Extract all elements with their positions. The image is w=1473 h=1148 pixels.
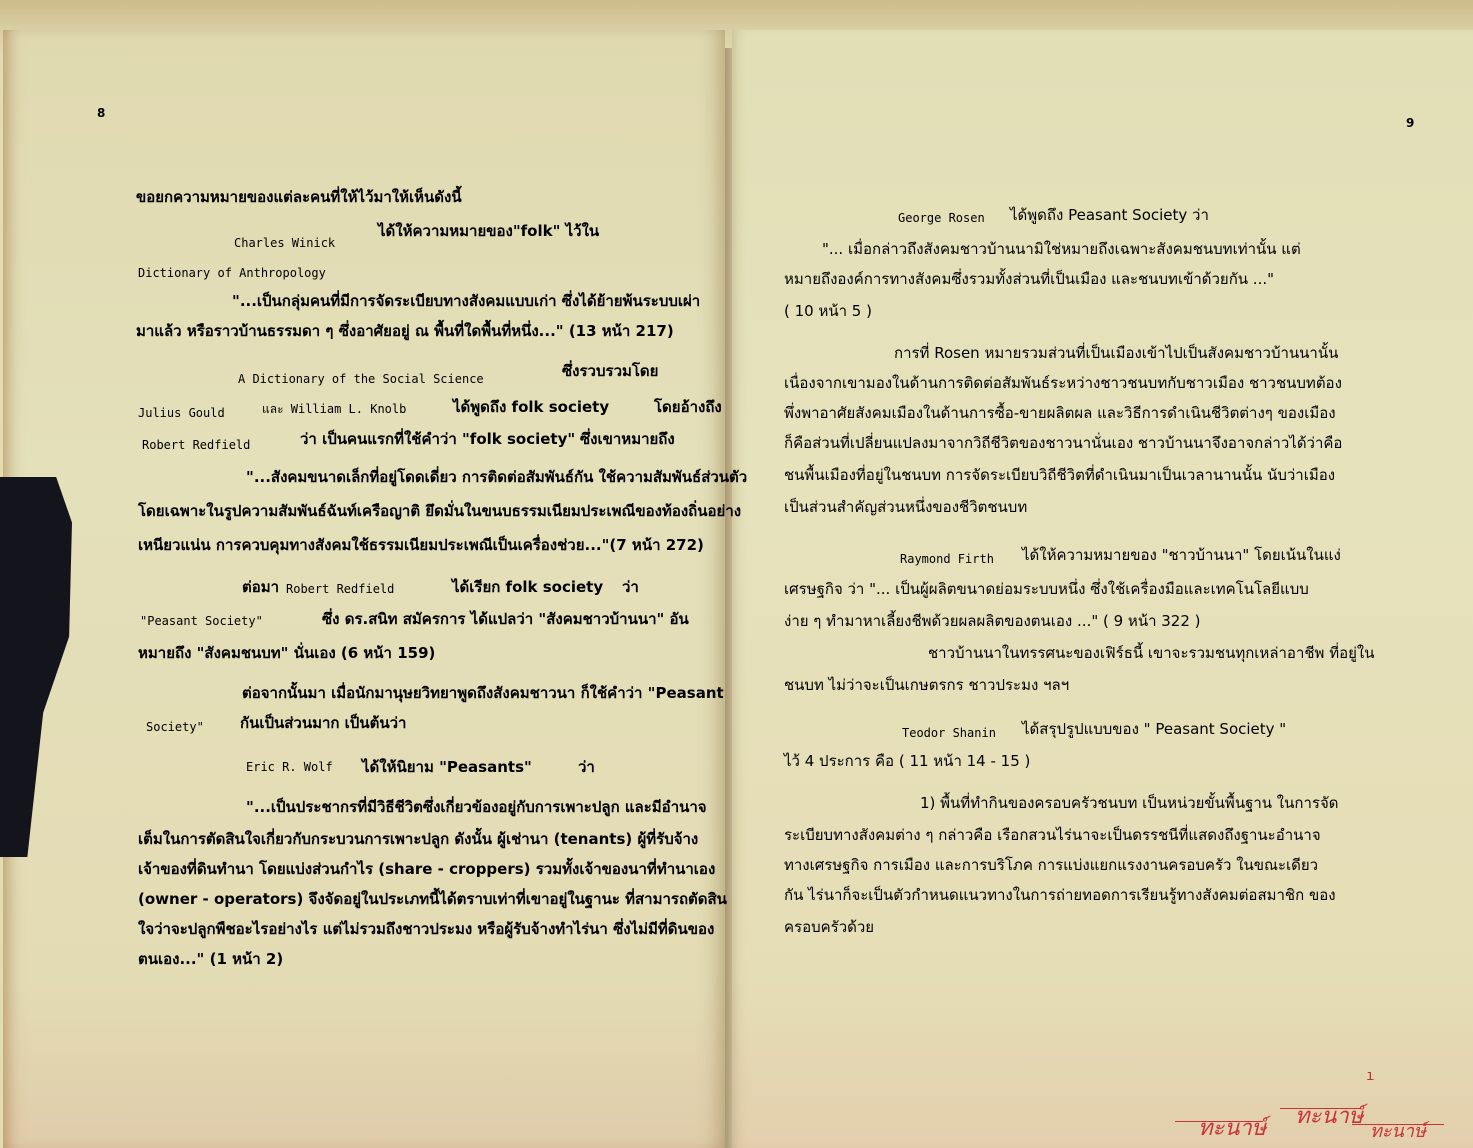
text-line: การที่ Rosen หมายรวมส่วนที่เป็นเมืองเข้า… bbox=[894, 344, 1338, 362]
text-line: ก็คือส่วนที่เปลี่ยนแปลงมาจากวิถีชีวิตของ… bbox=[784, 434, 1342, 452]
text-line: เนื่องจากเขามองในด้านการติดต่อสัมพันธ์ระ… bbox=[784, 374, 1342, 392]
text-line: ว่า เป็นคนแรกที่ใช้คำว่า "folk society" bbox=[300, 430, 575, 448]
text-line: ได้ให้ความหมายของ "ชาวบ้านนา" โดยเน้นในแ… bbox=[1022, 546, 1341, 564]
text-line: ได้ให้นิยาม "Peasants" bbox=[362, 758, 532, 776]
text-line: พึ่งพาอาศัยสังคมเมืองในด้านการซื้อ-ขายผล… bbox=[784, 404, 1336, 422]
text-line: เจ้าของที่ดินทำนา โดยแบ่งส่วนกำไร (share… bbox=[138, 860, 715, 878]
text-line: เป็นส่วนสำคัญส่วนหนึ่งของชีวิตชนบท bbox=[784, 498, 1027, 516]
text-line: "... เมื่อกล่าวถึงสังคมชาวบ้านนามิใช่หมา… bbox=[822, 240, 1301, 258]
signature-3: ทะนาษ์ bbox=[1370, 1116, 1426, 1145]
text-line: โดยอ้างถึง bbox=[654, 398, 722, 416]
text-line: ได้พูดถึง Peasant Society ว่า bbox=[1010, 206, 1209, 224]
text-line: (owner - operators) จึงจัดอยู่ในประเภทนี… bbox=[138, 890, 727, 908]
signature-1: ทะนาษ์ bbox=[1198, 1110, 1266, 1145]
text-line: ซึ่งเขาหมายถึง bbox=[580, 430, 675, 448]
text-line: Raymond Firth bbox=[900, 550, 994, 568]
text-line: George Rosen bbox=[898, 209, 985, 227]
text-line: ระเบียบทางสังคมต่าง ๆ กล่าวคือ เรือกสวนไ… bbox=[784, 826, 1321, 844]
text-line: ขอยกความหมายของแต่ละคนที่ให้ไว้มาให้เห็น… bbox=[136, 188, 462, 206]
text-line: "Peasant Society" bbox=[140, 612, 263, 630]
text-line: หมายถึง "สังคมชนบท" นั่นเอง (6 หน้า 159) bbox=[138, 644, 435, 662]
text-line: กันเป็นส่วนมาก เป็นต้นว่า bbox=[240, 714, 406, 732]
text-line: เต็มในการตัดสินใจเกี่ยวกับกระบวนการเพาะป… bbox=[138, 830, 698, 848]
text-line: ทางเศรษฐกิจ การเมือง และการบริโภค การแบ่… bbox=[784, 856, 1318, 874]
text-line: Charles Winick bbox=[234, 234, 335, 252]
text-line: ไว้ 4 ประการ คือ ( 11 หน้า 14 - 15 ) bbox=[784, 752, 1030, 770]
text-line: เหนียวแน่น การควบคุมทางสังคมใช้ธรรมเนียม… bbox=[138, 536, 704, 554]
text-line: Robert Redfield bbox=[286, 580, 394, 598]
text-line: หมายถึงองค์การทางสังคมซึ่งรวมทั้งส่วนที่… bbox=[784, 270, 1274, 288]
text-line: ว่า bbox=[622, 578, 639, 596]
text-line: ได้ให้ความหมายของ"folk" ไว้ใน bbox=[378, 222, 599, 240]
text-line: Eric R. Wolf bbox=[246, 758, 333, 776]
text-line: ว่า bbox=[578, 758, 595, 776]
text-line: ต่อมา bbox=[242, 578, 279, 596]
pen-mark: ı bbox=[1366, 1068, 1374, 1084]
text-line: A Dictionary of the Social Science bbox=[238, 370, 484, 388]
text-line: ได้พูดถึง folk society bbox=[453, 398, 609, 416]
text-line: กัน ไร่นาก็จะเป็นตัวกำหนดแนวทางในการถ่าย… bbox=[784, 886, 1336, 904]
text-line: ใจว่าจะปลูกพืชอะไรอย่างไร แต่ไม่รวมถึงชา… bbox=[138, 920, 714, 938]
text-line: ต่อจากนั้นมา เมื่อนักมานุษยวิทยาพูดถึงสั… bbox=[242, 684, 724, 702]
text-line: ซึ่งรวบรวมโดย bbox=[562, 362, 658, 380]
text-line: "...เป็นประชากรที่มีวิธีชีวิตซึ่งเกี่ยวข… bbox=[246, 798, 707, 816]
text-line: Teodor Shanin bbox=[902, 724, 996, 742]
text-line: Society" bbox=[146, 718, 204, 736]
text-line: "...เป็นกลุ่มคนที่มีการจัดระเบียบทางสังค… bbox=[232, 292, 700, 310]
signature-2: ทะนาษ์ bbox=[1295, 1098, 1363, 1133]
text-line: โดยเฉพาะในรูปความสัมพันธ์ฉันท์เครือญาติ … bbox=[138, 502, 741, 520]
text-line: 1) พื้นที่ทำกินของครอบครัวชนบท เป็นหน่วย… bbox=[920, 794, 1338, 812]
left-page-number: 8 bbox=[97, 106, 105, 120]
text-line: ( 10 หน้า 5 ) bbox=[784, 302, 872, 320]
text-line: ชนบท ไม่ว่าจะเป็นเกษตรกร ชาวประมง ฯลฯ bbox=[784, 676, 1069, 694]
text-line: "...สังคมขนาดเล็กที่อยู่โดดเดี่ยว การติด… bbox=[246, 468, 747, 486]
text-line: ได้สรุปรูปแบบของ " Peasant Society " bbox=[1022, 720, 1286, 738]
text-line: Dictionary of Anthropology bbox=[138, 264, 326, 282]
right-page-number: 9 bbox=[1406, 116, 1414, 130]
text-line: ชาวบ้านนาในทรรศนะของเฟิร์ธนี้ เขาจะรวมชน… bbox=[928, 644, 1374, 662]
text-line: ชนพื้นเมืองที่อยู่ในชนบท การจัดระเบียบวิ… bbox=[784, 466, 1335, 484]
text-line: มาแล้ว หรือราวบ้านธรรมดา ๆ ซึ่งอาศัยอยู่… bbox=[136, 322, 674, 340]
text-line: ง่าย ๆ ทำมาหาเลี้ยงชีพด้วยผลผลิตของตนเอง… bbox=[784, 612, 1201, 630]
text-line: Robert Redfield bbox=[142, 436, 250, 454]
text-line: ซึ่ง ดร.สนิท สมัครการ ได้แปลว่า "สังคมชา… bbox=[322, 610, 689, 628]
text-line: ได้เรียก folk society bbox=[452, 578, 603, 596]
text-line: ครอบครัวด้วย bbox=[784, 918, 874, 936]
text-line: Julius Gould bbox=[138, 404, 225, 422]
text-line: ตนเอง..." (1 หน้า 2) bbox=[138, 950, 283, 968]
text-line: และ William L. Knolb bbox=[262, 400, 406, 418]
text-line: เศรษฐกิจ ว่า "... เป็นผู้ผลิตขนาดย่อมระบ… bbox=[784, 580, 1309, 598]
